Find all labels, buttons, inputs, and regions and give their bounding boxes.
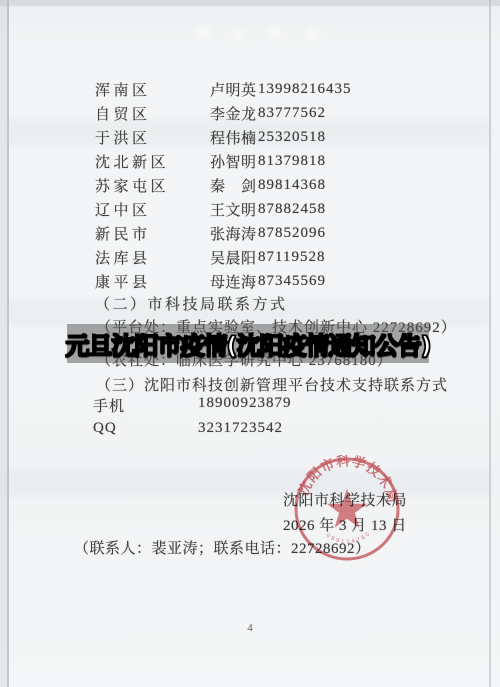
seal-star-icon: [327, 489, 367, 528]
phone-cell: 87882458: [258, 201, 326, 218]
table-row: 于洪区 程伟楠 25320518: [95, 125, 352, 149]
qq-label: QQ: [93, 420, 198, 437]
district-cell: 浑南区: [95, 79, 210, 100]
qq-number: 3231723542: [198, 420, 283, 437]
district-cell: 自贸区: [95, 103, 210, 124]
table-row: 沈北新区 孙智明 81379818: [95, 149, 352, 173]
table-row: 苏家屯区 秦 剑 89814368: [95, 173, 352, 197]
table-row: 自贸区 李金龙 83777562: [95, 101, 352, 125]
phone-cell: 87852096: [258, 225, 326, 242]
page-number: 4: [0, 622, 500, 634]
contact-name-cell: 卢明英: [210, 79, 258, 100]
paper-top-edge: [0, 0, 500, 6]
section2-heading: （二）市科技局联系方式: [95, 296, 288, 314]
table-row: 新民市 张海涛 87852096: [95, 222, 352, 246]
contact-name-cell: 张海涛: [210, 223, 258, 244]
paper-right-edge: [489, 0, 491, 687]
faint-watermark: [183, 12, 343, 48]
table-row: 法库县 吴晨阳 87119528: [95, 246, 352, 270]
mobile-number: 18900923879: [198, 395, 292, 416]
district-contact-table: 浑南区 卢明英 13998216435 自贸区 李金龙 83777562 于洪区…: [95, 77, 352, 294]
district-cell: 康平县: [95, 271, 210, 292]
contact-name-cell: 王文明: [210, 199, 258, 220]
district-cell: 法库县: [95, 247, 210, 268]
district-cell: 辽中区: [95, 199, 210, 220]
phone-cell: 83777562: [258, 105, 326, 122]
mobile-row: 手机 18900923879: [93, 395, 292, 416]
phone-cell: 87119528: [258, 249, 325, 266]
contact-name-cell: 孙智明: [210, 151, 258, 172]
district-cell: 沈北新区: [95, 151, 210, 172]
scan-shading-band: [8, 470, 490, 496]
contact-name-cell: 李金龙: [210, 103, 258, 124]
headline-title: 元旦沈阳市疫情(沈阳疫情通知公告): [66, 326, 431, 361]
phone-cell: 25320518: [258, 129, 326, 146]
district-cell: 苏家屯区: [95, 175, 210, 196]
official-seal: 沈阳市科学技术局 089114780: [292, 455, 402, 563]
district-cell: 于洪区: [95, 127, 210, 148]
table-row: 辽中区 王文明 87882458: [95, 197, 352, 221]
paper-left-shade: [0, 0, 7, 687]
phone-cell: 87345569: [258, 273, 326, 290]
mobile-label: 手机: [93, 395, 198, 416]
contact-name-cell: 程伟楠: [210, 127, 258, 148]
contact-name-cell: 母连海: [210, 271, 258, 292]
phone-cell: 89814368: [258, 177, 326, 194]
headline-banner: 元旦沈阳市疫情(沈阳疫情通知公告): [67, 324, 429, 363]
qq-row: QQ 3231723542: [93, 420, 283, 437]
section3-heading: （三）沈阳市科技创新管理平台技术支持联系方式: [96, 377, 448, 395]
svg-text:089114780: 089114780: [325, 530, 373, 545]
contact-name-cell: 吴晨阳: [210, 247, 258, 268]
paper-left-edge: [7, 0, 9, 687]
phone-cell: 81379818: [258, 153, 326, 170]
table-row: 康平县 母连海 87345569: [95, 270, 352, 294]
contact-name-cell: 秦 剑: [210, 175, 258, 196]
table-row: 浑南区 卢明英 13998216435: [95, 77, 352, 101]
seal-code-text: 089114780: [325, 530, 373, 545]
district-cell: 新民市: [95, 223, 210, 244]
scanned-document-page: 浑南区 卢明英 13998216435 自贸区 李金龙 83777562 于洪区…: [0, 0, 500, 687]
phone-cell: 13998216435: [258, 81, 352, 98]
